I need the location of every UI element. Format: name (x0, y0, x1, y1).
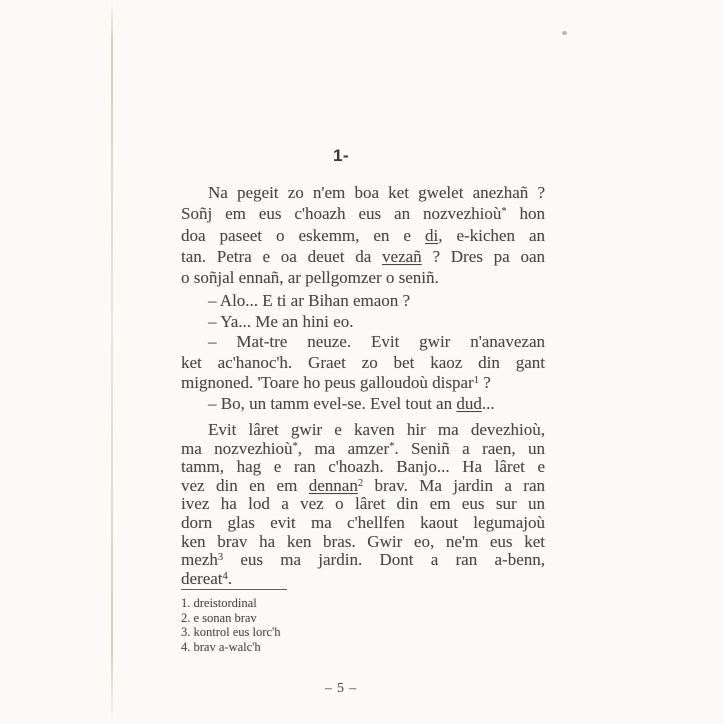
text-segment: dorn glas evit ma c'hellfen kaout leguma… (181, 513, 545, 532)
footnote-marker: * (389, 441, 394, 452)
text-segment: , ma amzer (298, 439, 389, 458)
text-segment: ivez ha lod a vez o lâret din em eus sur… (181, 494, 545, 513)
text-line: – Bo, un tamm evel-se. Evel tout an dud.… (181, 394, 545, 415)
page-number: – 5 – (281, 680, 401, 696)
text-segment: ket ac'hanoc'h. Graet zo bet kaoz din ga… (181, 353, 545, 372)
footnote-rule (181, 589, 287, 590)
footnote-marker: * (293, 441, 298, 452)
footnote-marker: 2 (358, 478, 363, 489)
text-segment: – Bo, un tamm evel-se. Evel tout an (208, 394, 456, 413)
text-segment: – Ya... Me an hini eo. (208, 312, 353, 331)
text-line: ivez ha lod a vez o lâret din em eus sur… (181, 495, 545, 514)
text-line: – Ya... Me an hini eo. (181, 312, 545, 333)
text-segment: Na pegeit zo n'em boa ket gwelet anezhañ… (208, 183, 545, 202)
text-segment: mignoned. 'Toare ho peus galloudoù dispa… (181, 373, 474, 392)
text-line: o soñjal ennañ, ar pellgomzer o seniñ. (181, 267, 545, 288)
text-segment: Soñj em eus c'hoazh eus an nozvezhioù (181, 204, 501, 223)
text-segment: tamm, hag e ran c'hoazh. Banjo... Ha lâr… (181, 457, 545, 476)
text-line: ken brav ha ken bras. Gwir eo, ne'm eus … (181, 533, 545, 552)
text-line: mignoned. 'Toare ho peus galloudoù dispa… (181, 373, 545, 394)
footnote-marker: 4 (223, 571, 228, 582)
text-line: dorn glas evit ma c'hellfen kaout leguma… (181, 514, 545, 533)
text-segment: eus ma jardin. Dont a ran a-benn, (223, 550, 545, 569)
text-segment: . Seniñ a raen, un (394, 439, 545, 458)
underlined-word: vezañ (382, 247, 422, 266)
text-line: Evit lâret gwir e kaven hir ma devezhioù… (181, 421, 545, 440)
underlined-word: dennan (309, 476, 358, 495)
text-segment: ? Dres pa oan (422, 247, 545, 266)
footnote-marker: * (501, 206, 506, 217)
footnote-item: 4. brav a-walc'h (181, 640, 545, 655)
footnote-marker: 1 (474, 375, 479, 386)
text-segment: ... (482, 394, 495, 413)
text-line: tan. Petra e oa deuet da vezañ ? Dres pa… (181, 246, 545, 267)
text-line: Na pegeit zo n'em boa ket gwelet anezhañ… (181, 182, 545, 203)
text-line: dereat4. (181, 570, 545, 589)
paragraph-2: Evit lâret gwir e kaven hir ma devezhioù… (181, 421, 545, 588)
text-line: mezh3 eus ma jardin. Dont a ran a-benn, (181, 551, 545, 570)
scan-speck-artifact (562, 31, 567, 35)
dialogue-block: – Alo... E ti ar Bihan emaon ?– Ya... Me… (181, 291, 545, 415)
footnote-item: 1. dreistordinal (181, 596, 545, 611)
text-segment: ma nozvezhioù (181, 439, 293, 458)
text-segment: brav. Ma jardin a ran (363, 476, 545, 495)
text-segment: mezh (181, 550, 218, 569)
text-segment: dereat (181, 569, 223, 588)
footnote-item: 2. e sonan brav (181, 611, 545, 626)
scanned-book-page: 1- Na pegeit zo n'em boa ket gwelet anez… (0, 0, 724, 724)
text-segment: doa paseet o eskemm, en e (181, 226, 425, 245)
footnote-item: 3. kontrol eus lorc'h (181, 625, 545, 640)
text-segment: . (228, 569, 232, 588)
text-segment: , e-kichen an (438, 226, 545, 245)
chapter-heading: 1- (311, 146, 371, 166)
footnote-marker: 3 (218, 552, 223, 563)
underlined-word: dud (456, 394, 482, 413)
text-line: ma nozvezhioù*, ma amzer*. Seniñ a raen,… (181, 440, 545, 459)
text-segment: Evit lâret gwir e kaven hir ma devezhioù… (208, 420, 545, 439)
text-segment: hon (507, 204, 545, 223)
text-segment: ? (479, 373, 491, 392)
page-fold-scan-artifact (111, 0, 113, 724)
text-segment: vez din en em (181, 476, 309, 495)
text-line: – Mat-tre neuze. Evit gwir n'anavezan (181, 332, 545, 353)
text-line: ket ac'hanoc'h. Graet zo bet kaoz din ga… (181, 353, 545, 374)
text-line: Soñj em eus c'hoazh eus an nozvezhioù* h… (181, 203, 545, 224)
paragraph-1: Na pegeit zo n'em boa ket gwelet anezhañ… (181, 182, 545, 288)
text-segment: – Alo... E ti ar Bihan emaon ? (208, 291, 410, 310)
text-line: vez din en em dennan2 brav. Ma jardin a … (181, 477, 545, 496)
footnotes-list: 1. dreistordinal2. e sonan brav3. kontro… (181, 596, 545, 654)
text-line: doa paseet o eskemm, en e di, e-kichen a… (181, 225, 545, 246)
underlined-word: di (425, 226, 438, 245)
text-line: tamm, hag e ran c'hoazh. Banjo... Ha lâr… (181, 458, 545, 477)
text-segment: – Mat-tre neuze. Evit gwir n'anavezan (208, 332, 545, 351)
text-segment: o soñjal ennañ, ar pellgomzer o seniñ. (181, 268, 439, 287)
text-segment: tan. Petra e oa deuet da (181, 247, 382, 266)
text-segment: ken brav ha ken bras. Gwir eo, ne'm eus … (181, 532, 545, 551)
text-line: – Alo... E ti ar Bihan emaon ? (181, 291, 545, 312)
